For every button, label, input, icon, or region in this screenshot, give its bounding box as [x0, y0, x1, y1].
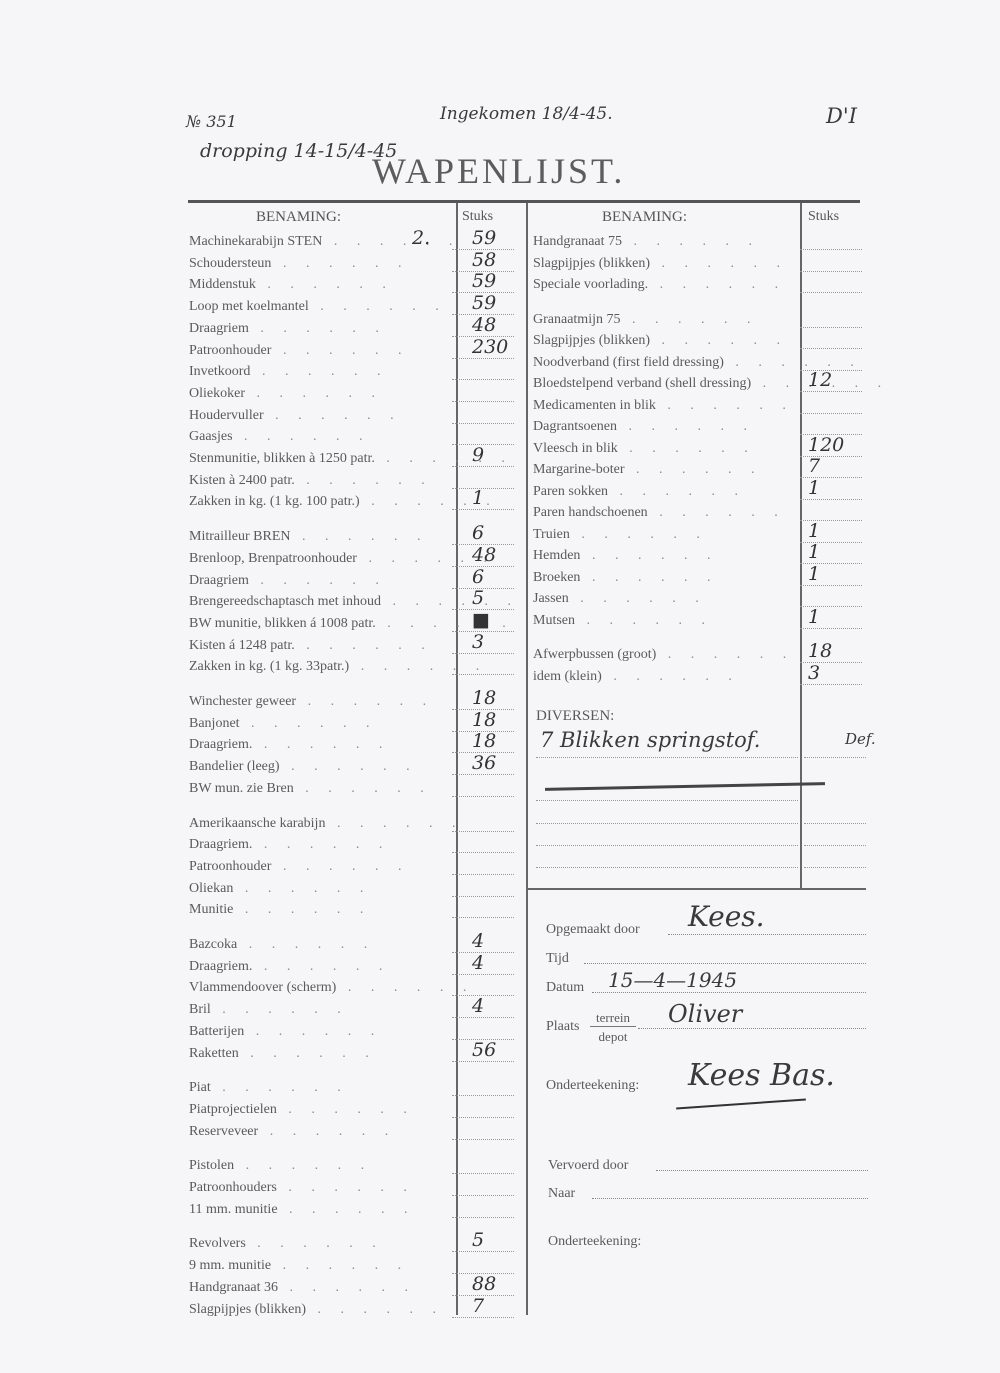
item-name: Truien [533, 524, 570, 545]
list-item: 9 mm. munitie . . . . . . [189, 1255, 409, 1276]
leader-dots: . . . . . . [233, 902, 371, 917]
leader-dots: . . . . . . [580, 548, 718, 563]
qty-line [452, 1180, 514, 1196]
item-qty: 18 [808, 641, 832, 662]
leader-dots: . . . . . . [245, 386, 383, 401]
diversen-line-3 [536, 808, 798, 824]
leader-dots: . . . . . . [294, 781, 432, 796]
leader-dots: . . . . . . [264, 408, 402, 423]
signature2-label: Onderteekening: [548, 1234, 641, 1250]
item-name: Speciale voorlading. [533, 274, 648, 295]
number-annotation: № 351 [186, 112, 237, 131]
list-item: Draagriem. . . . . . . [189, 956, 390, 977]
item-qty: 4 [472, 996, 484, 1017]
place-label: Plaats [546, 1019, 579, 1035]
leader-dots: . . . . . . [650, 256, 788, 271]
list-item: Truien . . . . . . [533, 524, 708, 545]
leader-dots: . . . . . . [271, 343, 409, 358]
list-item: Pistolen . . . . . . [189, 1155, 372, 1176]
leader-dots: . . . . . . [271, 1258, 409, 1273]
leader-dots: . . . . . . [575, 613, 713, 628]
item-qty: 9 [472, 445, 484, 466]
signature-label: Onderteekening: [546, 1078, 639, 1094]
list-item: Munitie . . . . . . [189, 899, 371, 920]
item-name: Patroonhouder [189, 340, 271, 361]
item-name: Winchester geweer [189, 691, 296, 712]
list-item: Piat . . . . . . [189, 1077, 349, 1098]
item-name: Loop met koelmantel [189, 296, 309, 317]
list-item: Amerikaansche karabijn . . . . . . [189, 813, 463, 834]
item-name: Piatprojectielen [189, 1099, 277, 1120]
item-name: Margarine-boter [533, 459, 624, 480]
item-qty: 18 [472, 710, 496, 731]
list-item: Piatprojectielen . . . . . . [189, 1099, 415, 1120]
item-name: Bloedstelpend verband (shell dressing) [533, 373, 751, 394]
list-item: Winchester geweer . . . . . . [189, 691, 434, 712]
leader-dots: . . . . . . [277, 1102, 415, 1117]
dropping-annotation: dropping 14-15/4-45 [200, 140, 397, 162]
list-item: Draagriem. . . . . . . [189, 734, 390, 755]
item-name: Oliekoker [189, 383, 245, 404]
signature-underline [676, 1098, 806, 1109]
list-item: Kisten á 1248 patr. . . . . . . [189, 635, 433, 656]
item-name: Oliekan [189, 878, 233, 899]
place-depot: depot [590, 1029, 636, 1045]
leader-dots: . . . . . . [249, 573, 387, 588]
item-name: Patroonhouders [189, 1177, 277, 1198]
qty-line [452, 1158, 514, 1174]
item-qty: 4 [472, 931, 484, 952]
to-label: Naar [548, 1186, 575, 1202]
item-name: Middenstuk [189, 274, 256, 295]
item-qty: 230 [472, 337, 508, 358]
leader-dots: . . . . . . [295, 638, 433, 653]
leader-dots: . . . . . . [306, 1302, 444, 1317]
leader-dots: . . . . . . [624, 462, 762, 477]
leader-dots: . . . . . . [278, 1280, 416, 1295]
leader-dots: . . . . . . [325, 816, 463, 831]
list-item: Margarine-boter . . . . . . [533, 459, 762, 480]
right-qty-header: Stuks [808, 209, 839, 225]
qty-line [452, 881, 514, 897]
list-item: Patroonhouder . . . . . . [189, 856, 409, 877]
qty-line [800, 312, 862, 328]
qty-line [452, 781, 514, 797]
diversen-line-5 [536, 852, 798, 868]
item-qty: 88 [472, 1274, 496, 1295]
leader-dots: . . . . . . [656, 647, 794, 662]
qty-line [452, 1124, 514, 1140]
item-qty: 1 [808, 521, 820, 542]
item-name: Schoudersteun [189, 253, 271, 274]
item-qty: 1 [472, 488, 484, 509]
item-qty: 120 [808, 435, 844, 456]
item-qty: 3 [472, 632, 484, 653]
qty-line [452, 1258, 514, 1274]
leader-dots: . . . . . . [291, 529, 429, 544]
diversen-line-5b [804, 852, 866, 868]
list-item: Brenloop, Brenpatroonhouder . . . . . . [189, 548, 495, 569]
qty-line [452, 408, 514, 424]
item-name: Batterijen [189, 1021, 244, 1042]
leader-dots: . . . . . . [620, 312, 758, 327]
item-qty: 18 [472, 688, 496, 709]
list-item: Paren sokken . . . . . . [533, 481, 746, 502]
list-item: Kisten à 2400 patr. . . . . . . [189, 470, 433, 491]
item-name: Revolvers [189, 1233, 246, 1254]
date-value: 15—4—1945 [608, 968, 737, 992]
leader-dots: . . . . . . [617, 419, 755, 434]
item-name: Jassen [533, 588, 569, 609]
left-qty-header: Stuks [462, 209, 493, 225]
item-name: Bril [189, 999, 211, 1020]
item-name: 11 mm. munitie [189, 1199, 278, 1220]
list-item: BW mun. zie Bren . . . . . . [189, 778, 432, 799]
qty-line [452, 364, 514, 380]
item-name: Draagriem. [189, 956, 252, 977]
item-name: Slagpijpjes (blikken) [533, 330, 650, 351]
item-name: Draagriem. [189, 834, 252, 855]
diversen-label: DIVERSEN: [536, 706, 614, 727]
leader-dots: . . . . . . [258, 1124, 396, 1139]
leader-dots: . . . . . . [252, 737, 390, 752]
leader-dots: . . . . . . [295, 473, 433, 488]
list-item: Draagriem . . . . . . [189, 318, 387, 339]
item-name: Machinekarabijn STEN [189, 231, 322, 252]
item-qty: 58 [472, 250, 496, 271]
item-qty: 48 [472, 545, 496, 566]
item-name: Kisten à 2400 patr. [189, 470, 295, 491]
qty-line [452, 1202, 514, 1218]
list-item: Gaasjes . . . . . . [189, 426, 371, 447]
list-item: Vlammendoover (scherm) . . . . . . [189, 977, 474, 998]
item-name: BW munitie, blikken á 1008 patr. [189, 613, 376, 634]
place-terrein: terrein [590, 1010, 636, 1027]
list-item: Draagriem. . . . . . . [189, 834, 390, 855]
item-name: Brenloop, Brenpatroonhouder [189, 548, 357, 569]
leader-dots: . . . . . . [622, 234, 760, 249]
transported-line [656, 1170, 868, 1171]
qty-line [800, 277, 862, 293]
leader-dots: . . . . . . [234, 1158, 372, 1173]
leader-dots: . . . . . . [246, 1236, 384, 1251]
list-item: Bril . . . . . . [189, 999, 349, 1020]
item-name: Invetkoord [189, 361, 250, 382]
list-item: 11 mm. munitie . . . . . . [189, 1199, 416, 1220]
leader-dots: . . . . . . [569, 591, 707, 606]
item-name: Patroonhouder [189, 856, 271, 877]
page-title: WAPENLIJST. [372, 150, 625, 192]
qty-line [452, 837, 514, 853]
item-qty: 1 [808, 542, 820, 563]
leader-dots: . . . . . . [233, 429, 371, 444]
signoff-rule [528, 888, 866, 890]
item-qty: 12 [808, 370, 832, 391]
item-qty: 1 [808, 478, 820, 499]
qty-line [800, 505, 862, 521]
qty-line [452, 1080, 514, 1096]
qty-line [800, 333, 862, 349]
diversen-line-1 [536, 742, 798, 758]
leader-dots: . . . . . . [648, 505, 786, 520]
qty-line [452, 429, 514, 445]
item-qty: 4 [472, 953, 484, 974]
list-item: Oliekoker . . . . . . [189, 383, 383, 404]
item-name: Pistolen [189, 1155, 234, 1176]
qty-line [452, 473, 514, 489]
qty-line [452, 816, 514, 832]
made-by-label: Opgemaakt door [546, 922, 640, 938]
qty-line [452, 659, 514, 675]
list-item: Zakken in kg. (1 kg. 33patr.) . . . . . … [189, 656, 487, 677]
item-name: Dagrantsoenen [533, 416, 617, 437]
item-name: idem (klein) [533, 666, 602, 687]
date-label: Datum [546, 980, 584, 996]
item-note: 2. [412, 228, 430, 249]
item-qty: 7 [472, 1296, 484, 1317]
list-item: Bandelier (leeg) . . . . . . [189, 756, 418, 777]
item-name: Paren sokken [533, 481, 608, 502]
item-name: Reserveveer [189, 1121, 258, 1142]
leader-dots: . . . . . . [618, 441, 756, 456]
item-qty: 6 [472, 567, 484, 588]
list-item: Speciale voorlading. . . . . . . [533, 274, 786, 295]
leader-dots: . . . . . . [211, 1002, 349, 1017]
leader-dots: . . . . . . [211, 1080, 349, 1095]
time-line [584, 963, 866, 964]
list-item: Middenstuk . . . . . . [189, 274, 394, 295]
list-item: Granaatmijn 75 . . . . . . [533, 309, 758, 330]
transported-label: Vervoerd door [548, 1158, 628, 1174]
diversen-line-4 [536, 830, 798, 846]
leader-dots: . . . . . . [650, 333, 788, 348]
made-by-value: Kees. [688, 900, 765, 933]
item-name: 9 mm. munitie [189, 1255, 271, 1276]
diversen-line-2 [536, 785, 798, 801]
item-name: Noodverband (first field dressing) [533, 352, 724, 373]
item-qty: 59 [472, 228, 496, 249]
leader-dots: . . . . . . [252, 959, 390, 974]
time-label: Tijd [546, 951, 569, 967]
qty-line [452, 859, 514, 875]
item-qty: 36 [472, 753, 496, 774]
leader-dots: . . . . . . [252, 837, 390, 852]
list-item: Hemden . . . . . . [533, 545, 718, 566]
diversen-line-1b [804, 742, 866, 758]
item-name: Raketten [189, 1043, 239, 1064]
leader-dots: . . . . . . [249, 321, 387, 336]
item-name: Draagriem. [189, 734, 252, 755]
right-name-header: BENAMING: [602, 209, 687, 226]
item-name: Amerikaansche karabijn [189, 813, 325, 834]
list-item: Houdervuller . . . . . . [189, 405, 402, 426]
item-qty: 5 [472, 1230, 484, 1251]
list-item: Revolvers . . . . . . [189, 1233, 384, 1254]
title-rule [188, 200, 860, 203]
item-name: Hemden [533, 545, 580, 566]
list-item: Afwerpbussen (groot) . . . . . . [533, 644, 794, 665]
qty-line [800, 591, 862, 607]
qty-line [452, 1024, 514, 1040]
diversen-line-4b [804, 830, 866, 846]
list-item: Invetkoord . . . . . . [189, 361, 388, 382]
list-item: Broeken . . . . . . [533, 567, 718, 588]
diversen-line-3b [804, 808, 866, 824]
signature-value: Kees Bas. [688, 1058, 835, 1093]
leader-dots: . . . . . . [240, 716, 378, 731]
item-name: Handgranaat 36 [189, 1277, 278, 1298]
leader-dots: . . . . . . [278, 1202, 416, 1217]
item-qty: 56 [472, 1040, 496, 1061]
leader-dots: . . . . . . [271, 256, 409, 271]
made-by-line [668, 934, 866, 935]
item-name: Kisten á 1248 patr. [189, 635, 295, 656]
item-qty: 48 [472, 315, 496, 336]
to-line [592, 1198, 868, 1199]
item-name: Bazcoka [189, 934, 237, 955]
item-qty: 5 [472, 588, 484, 609]
left-name-header: BENAMING: [256, 209, 341, 226]
leader-dots: . . . . . . [648, 277, 786, 292]
item-name: Banjonet [189, 713, 240, 734]
list-item: Slagpijpjes (blikken) . . . . . . [533, 253, 788, 274]
list-item: Patroonhouders . . . . . . [189, 1177, 415, 1198]
item-qty: 59 [472, 293, 496, 314]
place-value: Oliver [668, 1000, 742, 1028]
leader-dots: . . . . . . [244, 1024, 382, 1039]
leader-dots: . . . . . . [608, 484, 746, 499]
item-qty: 6 [472, 523, 484, 544]
item-qty: 3 [808, 663, 820, 684]
qty-line [800, 234, 862, 250]
place-line [638, 1028, 866, 1029]
list-item: Draagriem . . . . . . [189, 570, 387, 591]
list-item: Patroonhouder . . . . . . [189, 340, 409, 361]
received-annotation: Ingekomen 18/4-45. [440, 104, 613, 124]
list-item: Medicamenten in blik . . . . . . [533, 395, 794, 416]
item-name: Afwerpbussen (groot) [533, 644, 656, 665]
leader-dots: . . . . . . [296, 694, 434, 709]
item-name: Munitie [189, 899, 233, 920]
leader-dots: . . . . . . [271, 859, 409, 874]
item-qty: 1 [808, 564, 820, 585]
item-name: Draagriem [189, 318, 249, 339]
leader-dots: . . . . . . [309, 299, 447, 314]
list-item: Slagpijpjes (blikken) . . . . . . [189, 1299, 444, 1320]
item-name: Mitrailleur BREN [189, 526, 291, 547]
item-name: Zakken in kg. (1 kg. 100 patr.) [189, 491, 360, 512]
leader-dots: . . . . . . [656, 398, 794, 413]
item-name: Gaasjes [189, 426, 233, 447]
qty-line [800, 419, 862, 435]
list-item: Schoudersteun . . . . . . [189, 253, 409, 274]
item-name: Vleesch in blik [533, 438, 618, 459]
qty-line [800, 398, 862, 414]
item-name: Slagpijpjes (blikken) [189, 1299, 306, 1320]
leader-dots: . . . . . . [250, 364, 388, 379]
list-item: Handgranaat 75 . . . . . . [533, 231, 760, 252]
item-name: Mutsen [533, 610, 575, 631]
item-name: Houdervuller [189, 405, 264, 426]
item-name: Paren handschoenen [533, 502, 648, 523]
left-right-divider [526, 203, 528, 1315]
list-item: Dagrantsoenen . . . . . . [533, 416, 755, 437]
date-line [592, 992, 866, 993]
item-name: Draagriem [189, 570, 249, 591]
list-item: Mutsen . . . . . . [533, 610, 713, 631]
list-item: Banjonet . . . . . . [189, 713, 378, 734]
qty-line [452, 902, 514, 918]
item-name: Handgranaat 75 [533, 231, 622, 252]
list-item: Bazcoka . . . . . . [189, 934, 375, 955]
qty-line [452, 386, 514, 402]
item-name: Stenmunitie, blikken à 1250 patr. [189, 448, 375, 469]
list-item: idem (klein) . . . . . . [533, 666, 740, 687]
leader-dots: . . . . . . [322, 234, 460, 249]
leader-dots: . . . . . . [239, 1046, 377, 1061]
leader-dots: . . . . . . [256, 277, 394, 292]
leader-dots: . . . . . . [570, 527, 708, 542]
leader-dots: . . . . . . [602, 669, 740, 684]
list-item: Paren handschoenen . . . . . . [533, 502, 786, 523]
qty-line [452, 980, 514, 996]
leader-dots: . . . . . . [580, 570, 718, 585]
item-qty: 7 [808, 456, 820, 477]
qty-line [452, 1102, 514, 1118]
list-item: Slagpijpjes (blikken) . . . . . . [533, 330, 788, 351]
list-item: Oliekan . . . . . . [189, 878, 371, 899]
list-item: Reserveveer . . . . . . [189, 1121, 396, 1142]
qty-line [800, 256, 862, 272]
item-name: BW mun. zie Bren [189, 778, 294, 799]
list-item: Loop met koelmantel . . . . . . [189, 296, 447, 317]
item-name: Bandelier (leeg) [189, 756, 280, 777]
item-name: Brengereedschaptasch met inhoud [189, 591, 381, 612]
item-qty: 18 [472, 731, 496, 752]
item-qty: ■ [472, 610, 490, 631]
item-name: Granaatmijn 75 [533, 309, 620, 330]
item-name: Broeken [533, 567, 580, 588]
list-item: Vleesch in blik . . . . . . [533, 438, 756, 459]
item-qty: 1 [808, 607, 820, 628]
corner-annotation: D'I [826, 104, 857, 128]
item-name: Vlammendoover (scherm) [189, 977, 336, 998]
item-name: Medicamenten in blik [533, 395, 656, 416]
item-qty: 59 [472, 271, 496, 292]
leader-dots: . . . . . . [237, 937, 375, 952]
item-name: Piat [189, 1077, 211, 1098]
leader-dots: . . . . . . [233, 881, 371, 896]
list-item: Mitrailleur BREN . . . . . . [189, 526, 429, 547]
list-item: Jassen . . . . . . [533, 588, 707, 609]
leader-dots: . . . . . . [280, 759, 418, 774]
item-name: Zakken in kg. (1 kg. 33patr.) [189, 656, 349, 677]
item-name: Slagpijpjes (blikken) [533, 253, 650, 274]
leader-dots: . . . . . . [277, 1180, 415, 1195]
list-item: Handgranaat 36 . . . . . . [189, 1277, 416, 1298]
list-item: Batterijen . . . . . . [189, 1021, 382, 1042]
list-item: Raketten . . . . . . [189, 1043, 377, 1064]
